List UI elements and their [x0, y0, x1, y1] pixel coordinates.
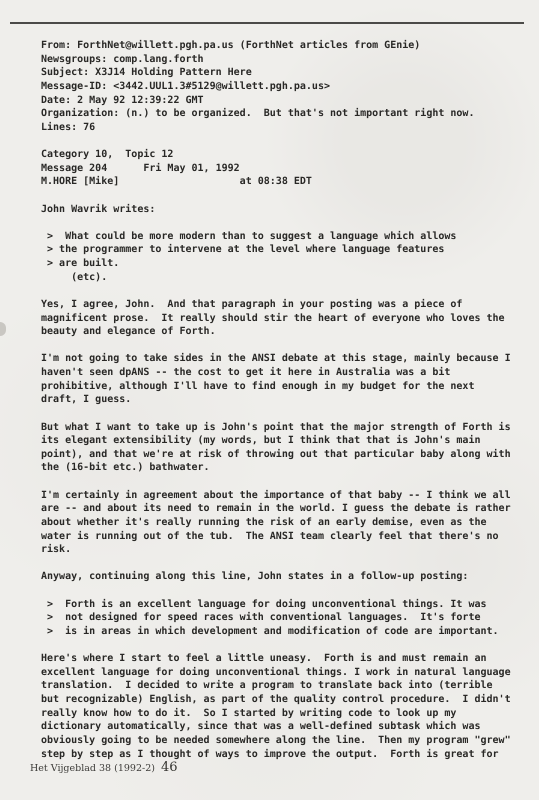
journal-title: Het Vijgeblad 38 (1992-2) [30, 763, 155, 774]
page-footer: Het Vijgeblad 38 (1992-2) 46 [30, 760, 178, 775]
page-number: 46 [161, 760, 178, 775]
scan-smudge [0, 322, 6, 336]
usenet-article-text: From: ForthNet@willett.pgh.pa.us (ForthN… [41, 39, 511, 761]
top-rule [10, 22, 524, 24]
